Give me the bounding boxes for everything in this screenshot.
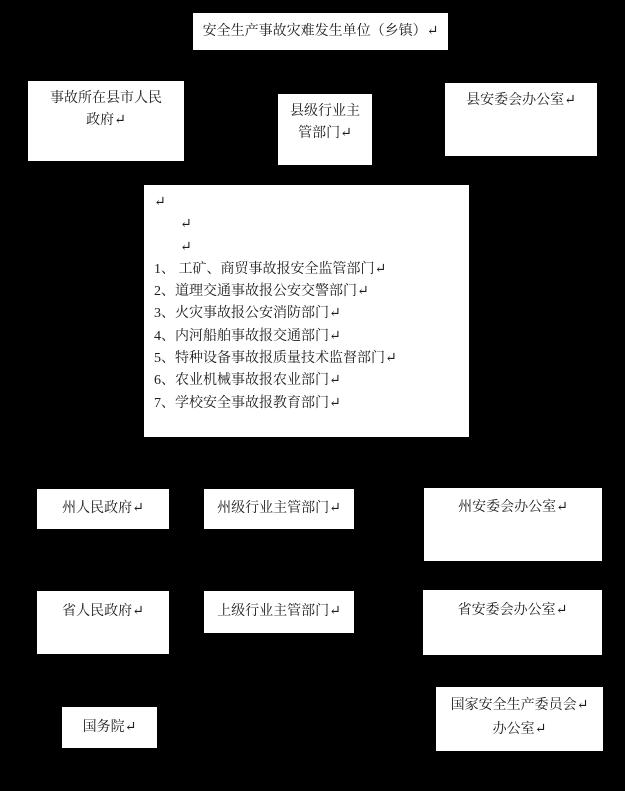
flowchart-canvas: 安全生产事故灾难发生单位（乡镇）↵ 事故所在县市人民 政府↵ 县级行业主 管部门… xyxy=(0,0,625,791)
report-line: 3、火灾事故报公安消防部门↵ xyxy=(154,303,465,325)
report-line: 2、道理交通事故报公安交警部门↵ xyxy=(154,281,465,303)
report-list: ↵↵↵1、 工矿、商贸事故报安全监管部门↵2、道理交通事故报公安交警部门↵3、火… xyxy=(154,192,465,415)
box-superior-industry-department: 上级行业主管部门↵ xyxy=(204,591,354,633)
box-report-department-list: ↵↵↵1、 工矿、商贸事故报安全监管部门↵2、道理交通事故报公安交警部门↵3、火… xyxy=(144,185,469,437)
box-prefecture-government-label: 州人民政府↵ xyxy=(62,498,144,520)
report-line: 4、内河船舶事故报交通部门↵ xyxy=(154,326,465,348)
box-province-safety-committee-office: 省安委会办公室↵ xyxy=(423,590,602,655)
report-line: 7、学校安全事故报教育部门↵ xyxy=(154,393,465,415)
box-national-safety-committee-office: 国家安全生产委员会↵ 办公室↵ xyxy=(436,687,603,751)
box-province-government: 省人民政府↵ xyxy=(37,591,169,654)
box-prefecture-government: 州人民政府↵ xyxy=(37,489,169,529)
report-line: 1、 工矿、商贸事故报安全监管部门↵ xyxy=(154,259,465,281)
box-prefecture-safety-committee-office: 州安委会办公室↵ xyxy=(424,488,602,561)
box-county-safety-committee-office-label: 县安委会办公室↵ xyxy=(445,90,597,112)
box-county-industry-department-line2: 管部门↵ xyxy=(278,123,372,145)
box-county-safety-committee-office: 县安委会办公室↵ xyxy=(445,83,597,156)
box-state-council-label: 国务院↵ xyxy=(83,717,137,739)
box-county-city-government-line2: 政府↵ xyxy=(28,110,184,132)
report-line: ↵ xyxy=(154,214,465,236)
box-accident-unit-label: 安全生产事故灾难发生单位（乡镇）↵ xyxy=(203,21,439,43)
box-accident-unit: 安全生产事故灾难发生单位（乡镇）↵ xyxy=(193,13,448,50)
box-prefecture-industry-department: 州级行业主管部门↵ xyxy=(204,489,354,529)
report-line: 6、农业机械事故报农业部门↵ xyxy=(154,370,465,392)
box-national-safety-committee-office-line2: 办公室↵ xyxy=(436,718,603,742)
box-county-industry-department: 县级行业主 管部门↵ xyxy=(278,94,372,165)
box-province-safety-committee-office-label: 省安委会办公室↵ xyxy=(423,600,602,622)
box-county-city-government: 事故所在县市人民 政府↵ xyxy=(28,81,184,161)
box-prefecture-industry-department-label: 州级行业主管部门↵ xyxy=(217,498,341,520)
box-county-industry-department-line1: 县级行业主 xyxy=(278,101,372,123)
box-province-government-label: 省人民政府↵ xyxy=(37,601,169,623)
report-line: ↵ xyxy=(154,237,465,259)
box-national-safety-committee-office-line1: 国家安全生产委员会↵ xyxy=(436,694,603,718)
report-line: 5、特种设备事故报质量技术监督部门↵ xyxy=(154,348,465,370)
box-prefecture-safety-committee-office-label: 州安委会办公室↵ xyxy=(424,497,602,519)
box-county-city-government-line1: 事故所在县市人民 xyxy=(28,88,184,110)
report-line: ↵ xyxy=(154,192,465,214)
box-superior-industry-department-label: 上级行业主管部门↵ xyxy=(217,601,341,623)
box-state-council: 国务院↵ xyxy=(62,707,157,748)
